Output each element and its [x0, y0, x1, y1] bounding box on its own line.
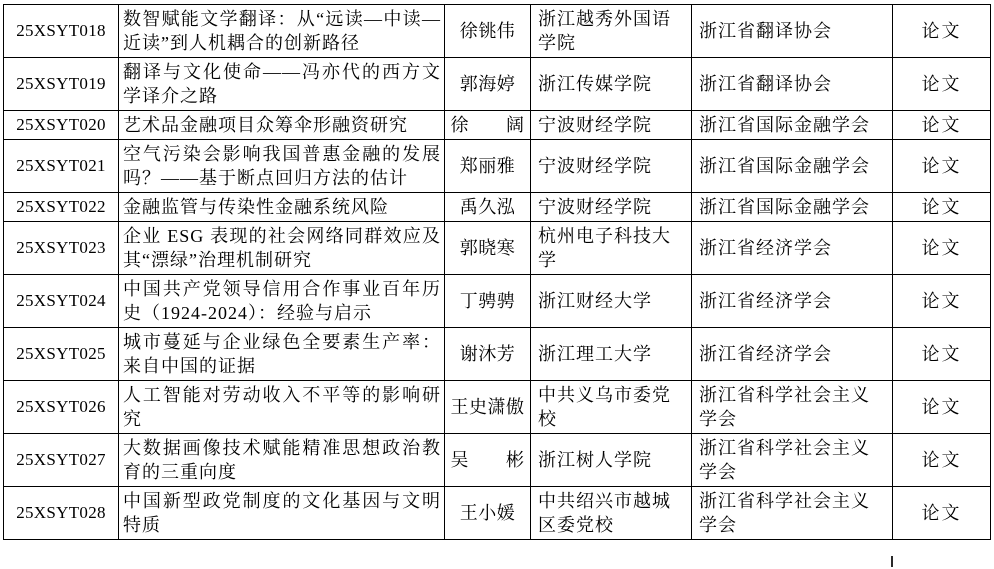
- cell-title: 翻译与文化使命——冯亦代的西方文学译介之路: [119, 58, 445, 111]
- cell-author: 禹久泓: [445, 193, 531, 222]
- cell-institution: 浙江传媒学院: [531, 58, 692, 111]
- cell-society: 浙江省经济学会: [692, 275, 893, 328]
- cell-institution: 宁波财经学院: [531, 111, 692, 140]
- cell-category: 论文: [893, 140, 991, 193]
- cell-institution: 浙江树人学院: [531, 434, 692, 487]
- cell-author: 徐 阔: [445, 111, 531, 140]
- cell-category: 论文: [893, 381, 991, 434]
- cell-institution: 浙江理工大学: [531, 328, 692, 381]
- cell-project-id: 25XSYT018: [4, 5, 119, 58]
- table-row: 25XSYT019 翻译与文化使命——冯亦代的西方文学译介之路 郭海婷 浙江传媒…: [4, 58, 991, 111]
- cell-category: 论文: [893, 328, 991, 381]
- cell-category: 论文: [893, 275, 991, 328]
- cell-title: 金融监管与传染性金融系统风险: [119, 193, 445, 222]
- cell-institution: 中共义乌市委党校: [531, 381, 692, 434]
- cell-society: 浙江省国际金融学会: [692, 193, 893, 222]
- table-row: 25XSYT021 空气污染会影响我国普惠金融的发展吗？——基于断点回归方法的估…: [4, 140, 991, 193]
- cell-project-id: 25XSYT023: [4, 222, 119, 275]
- cell-institution: 中共绍兴市越城区委党校: [531, 487, 692, 540]
- cell-institution: 宁波财经学院: [531, 193, 692, 222]
- cell-author: 王史潇傲: [445, 381, 531, 434]
- cell-category: 论文: [893, 434, 991, 487]
- cell-title: 大数据画像技术赋能精准思想政治教育的三重向度: [119, 434, 445, 487]
- table-row: 25XSYT024 中国共产党领导信用合作事业百年历史（1924-2024）：经…: [4, 275, 991, 328]
- table-row: 25XSYT018 数智赋能文学翻译：从“远读—中读—近读”到人机耦合的创新路径…: [4, 5, 991, 58]
- table-row: 25XSYT023 企业 ESG 表现的社会网络同群效应及其“漂绿”治理机制研究…: [4, 222, 991, 275]
- cell-project-id: 25XSYT028: [4, 487, 119, 540]
- cell-author: 王小媛: [445, 487, 531, 540]
- cell-society: 浙江省经济学会: [692, 328, 893, 381]
- cell-society: 浙江省经济学会: [692, 222, 893, 275]
- cell-project-id: 25XSYT019: [4, 58, 119, 111]
- cell-project-id: 25XSYT025: [4, 328, 119, 381]
- cell-project-id: 25XSYT027: [4, 434, 119, 487]
- cell-title: 中国新型政党制度的文化基因与文明特质: [119, 487, 445, 540]
- table-row: 25XSYT028 中国新型政党制度的文化基因与文明特质 王小媛 中共绍兴市越城…: [4, 487, 991, 540]
- document-page: 25XSYT018 数智赋能文学翻译：从“远读—中读—近读”到人机耦合的创新路径…: [0, 0, 994, 569]
- cell-author: 郭晓寒: [445, 222, 531, 275]
- cell-category: 论文: [893, 58, 991, 111]
- cell-title: 数智赋能文学翻译：从“远读—中读—近读”到人机耦合的创新路径: [119, 5, 445, 58]
- cell-author: 丁骋骋: [445, 275, 531, 328]
- cell-title: 城市蔓延与企业绿色全要素生产率：来自中国的证据: [119, 328, 445, 381]
- table-row: 25XSYT022 金融监管与传染性金融系统风险 禹久泓 宁波财经学院 浙江省国…: [4, 193, 991, 222]
- cell-institution: 宁波财经学院: [531, 140, 692, 193]
- cell-author: 谢沐芳: [445, 328, 531, 381]
- table-row: 25XSYT020 艺术品金融项目众筹伞形融资研究 徐 阔 宁波财经学院 浙江省…: [4, 111, 991, 140]
- cell-author: 吴 彬: [445, 434, 531, 487]
- cell-society: 浙江省科学社会主义学会: [692, 381, 893, 434]
- cell-society: 浙江省科学社会主义学会: [692, 434, 893, 487]
- cell-title: 中国共产党领导信用合作事业百年历史（1924-2024）：经验与启示: [119, 275, 445, 328]
- cell-title: 企业 ESG 表现的社会网络同群效应及其“漂绿”治理机制研究: [119, 222, 445, 275]
- table-row: 25XSYT026 人工智能对劳动收入不平等的影响研究 王史潇傲 中共义乌市委党…: [4, 381, 991, 434]
- cell-project-id: 25XSYT026: [4, 381, 119, 434]
- cell-institution: 浙江越秀外国语学院: [531, 5, 692, 58]
- cell-society: 浙江省科学社会主义学会: [692, 487, 893, 540]
- cell-project-id: 25XSYT021: [4, 140, 119, 193]
- cell-society: 浙江省翻译协会: [692, 5, 893, 58]
- cell-project-id: 25XSYT024: [4, 275, 119, 328]
- cell-society: 浙江省翻译协会: [692, 58, 893, 111]
- cell-category: 论文: [893, 5, 991, 58]
- cell-society: 浙江省国际金融学会: [692, 111, 893, 140]
- achievement-list-table: 25XSYT018 数智赋能文学翻译：从“远读—中读—近读”到人机耦合的创新路径…: [3, 4, 991, 540]
- cell-category: 论文: [893, 111, 991, 140]
- table-row: 25XSYT025 城市蔓延与企业绿色全要素生产率：来自中国的证据 谢沐芳 浙江…: [4, 328, 991, 381]
- cell-category: 论文: [893, 487, 991, 540]
- cell-society: 浙江省国际金融学会: [692, 140, 893, 193]
- cell-project-id: 25XSYT022: [4, 193, 119, 222]
- cell-author: 郑丽雅: [445, 140, 531, 193]
- cell-title: 空气污染会影响我国普惠金融的发展吗？——基于断点回归方法的估计: [119, 140, 445, 193]
- stray-border-mark: [891, 556, 893, 567]
- cell-institution: 浙江财经大学: [531, 275, 692, 328]
- cell-title: 艺术品金融项目众筹伞形融资研究: [119, 111, 445, 140]
- cell-category: 论文: [893, 193, 991, 222]
- cell-author: 郭海婷: [445, 58, 531, 111]
- cell-title: 人工智能对劳动收入不平等的影响研究: [119, 381, 445, 434]
- cell-project-id: 25XSYT020: [4, 111, 119, 140]
- cell-category: 论文: [893, 222, 991, 275]
- cell-author: 徐铫伟: [445, 5, 531, 58]
- table-row: 25XSYT027 大数据画像技术赋能精准思想政治教育的三重向度 吴 彬 浙江树…: [4, 434, 991, 487]
- cell-institution: 杭州电子科技大学: [531, 222, 692, 275]
